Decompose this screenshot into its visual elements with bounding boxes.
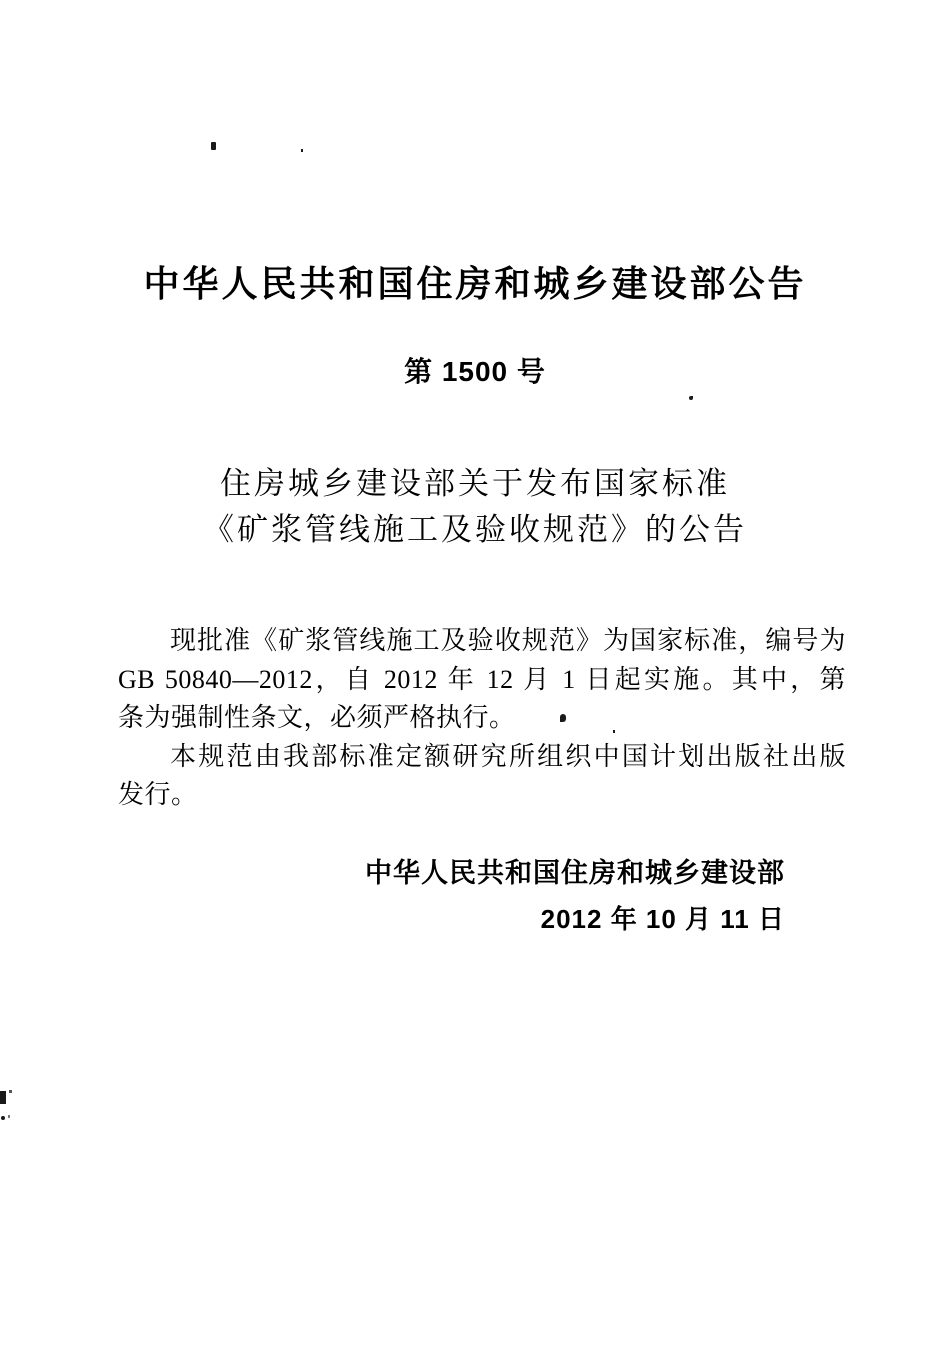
announcement-title: 中华人民共和国住房和城乡建设部公告: [0, 256, 950, 307]
scan-artifact: [301, 149, 303, 152]
paragraph-1-line-1: 现批准《矿浆管线施工及验收规范》为国家标准，编号为: [118, 622, 846, 661]
announcement-subtitle: 住房城乡建设部关于发布国家标准 《矿浆管线施工及验收规范》的公告: [0, 461, 950, 553]
scan-artifact: [0, 1091, 6, 1104]
announcement-issue-number: 第 1500 号: [0, 350, 950, 390]
signature-date: 2012 年 10 月 11 日: [365, 899, 785, 936]
scan-artifact: [8, 1115, 10, 1118]
scan-artifact: [560, 714, 566, 722]
paragraph-2-line-2: 发行。: [118, 776, 846, 815]
scan-artifact: [689, 396, 693, 400]
announcement-body: 现批准《矿浆管线施工及验收规范》为国家标准，编号为 GB 50840—2012，…: [118, 622, 846, 815]
scan-artifact: [9, 1090, 12, 1093]
paragraph-1-line-2: GB 50840—2012，自 2012 年 12 月 1 日起实施。其中，第 …: [118, 661, 846, 700]
scanned-announcement-page: 中华人民共和国住房和城乡建设部公告 第 1500 号 住房城乡建设部关于发布国家…: [0, 0, 950, 1370]
subtitle-line-2: 《矿浆管线施工及验收规范》的公告: [0, 507, 950, 553]
scan-artifact: [211, 142, 216, 150]
subtitle-line-1: 住房城乡建设部关于发布国家标准: [0, 461, 950, 507]
signature-issuer: 中华人民共和国住房和城乡建设部: [365, 851, 785, 890]
paragraph-2-line-1: 本规范由我部标准定额研究所组织中国计划出版社出版: [118, 738, 846, 777]
signature-block: 中华人民共和国住房和城乡建设部 2012 年 10 月 11 日: [365, 851, 785, 936]
paragraph-1-line-3: 条为强制性条文，必须严格执行。: [118, 699, 846, 738]
scan-artifact: [1, 1116, 5, 1120]
scan-artifact: [613, 730, 615, 733]
